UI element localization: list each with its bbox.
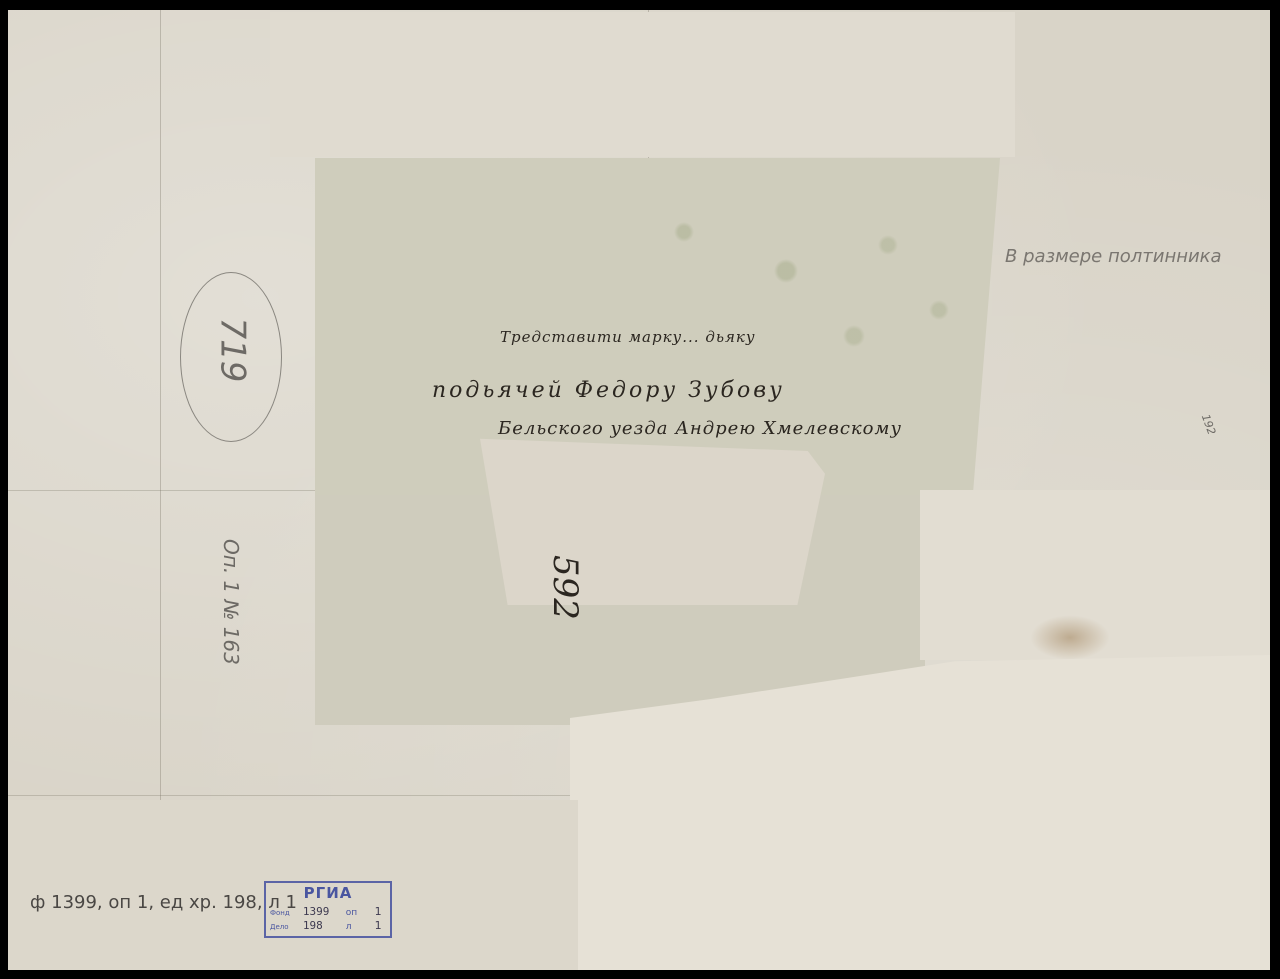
- top-flap: [270, 12, 1015, 157]
- fond-value: 1399: [303, 905, 343, 918]
- stamp-row-fond: Фонд 1399 оп 1: [270, 905, 382, 918]
- delo-label: Дело: [270, 923, 300, 931]
- opis-value: 1: [375, 905, 382, 918]
- address-line-1: Тредставити марку... дьяку: [500, 328, 756, 346]
- opis-label: оп: [346, 908, 372, 918]
- list-value: 1: [375, 919, 382, 932]
- stamp-title: РГИА: [266, 884, 390, 902]
- water-stain: [1030, 615, 1110, 660]
- center-number: 592: [545, 555, 585, 620]
- fond-label: Фонд: [270, 909, 300, 917]
- right-note: В размере полтинника: [1005, 246, 1222, 267]
- archive-stamp: РГИА Фонд 1399 оп 1 Дело 198 л 1: [264, 881, 392, 938]
- address-line-3: Бельского уезда Андрею Хмелевскому: [498, 418, 902, 439]
- list-label: л: [346, 922, 372, 932]
- delo-value: 198: [303, 919, 343, 932]
- torn-paper-piece: [480, 430, 825, 605]
- archive-reference: ф 1399, оп 1, ед хр. 198, л 1: [30, 892, 297, 913]
- side-note: Оп. 1 № 163: [219, 539, 243, 665]
- oval-number: 719: [212, 318, 252, 383]
- address-line-2: подьячей Федору Зубову: [432, 378, 785, 403]
- stamp-row-delo: Дело 198 л 1: [270, 919, 382, 932]
